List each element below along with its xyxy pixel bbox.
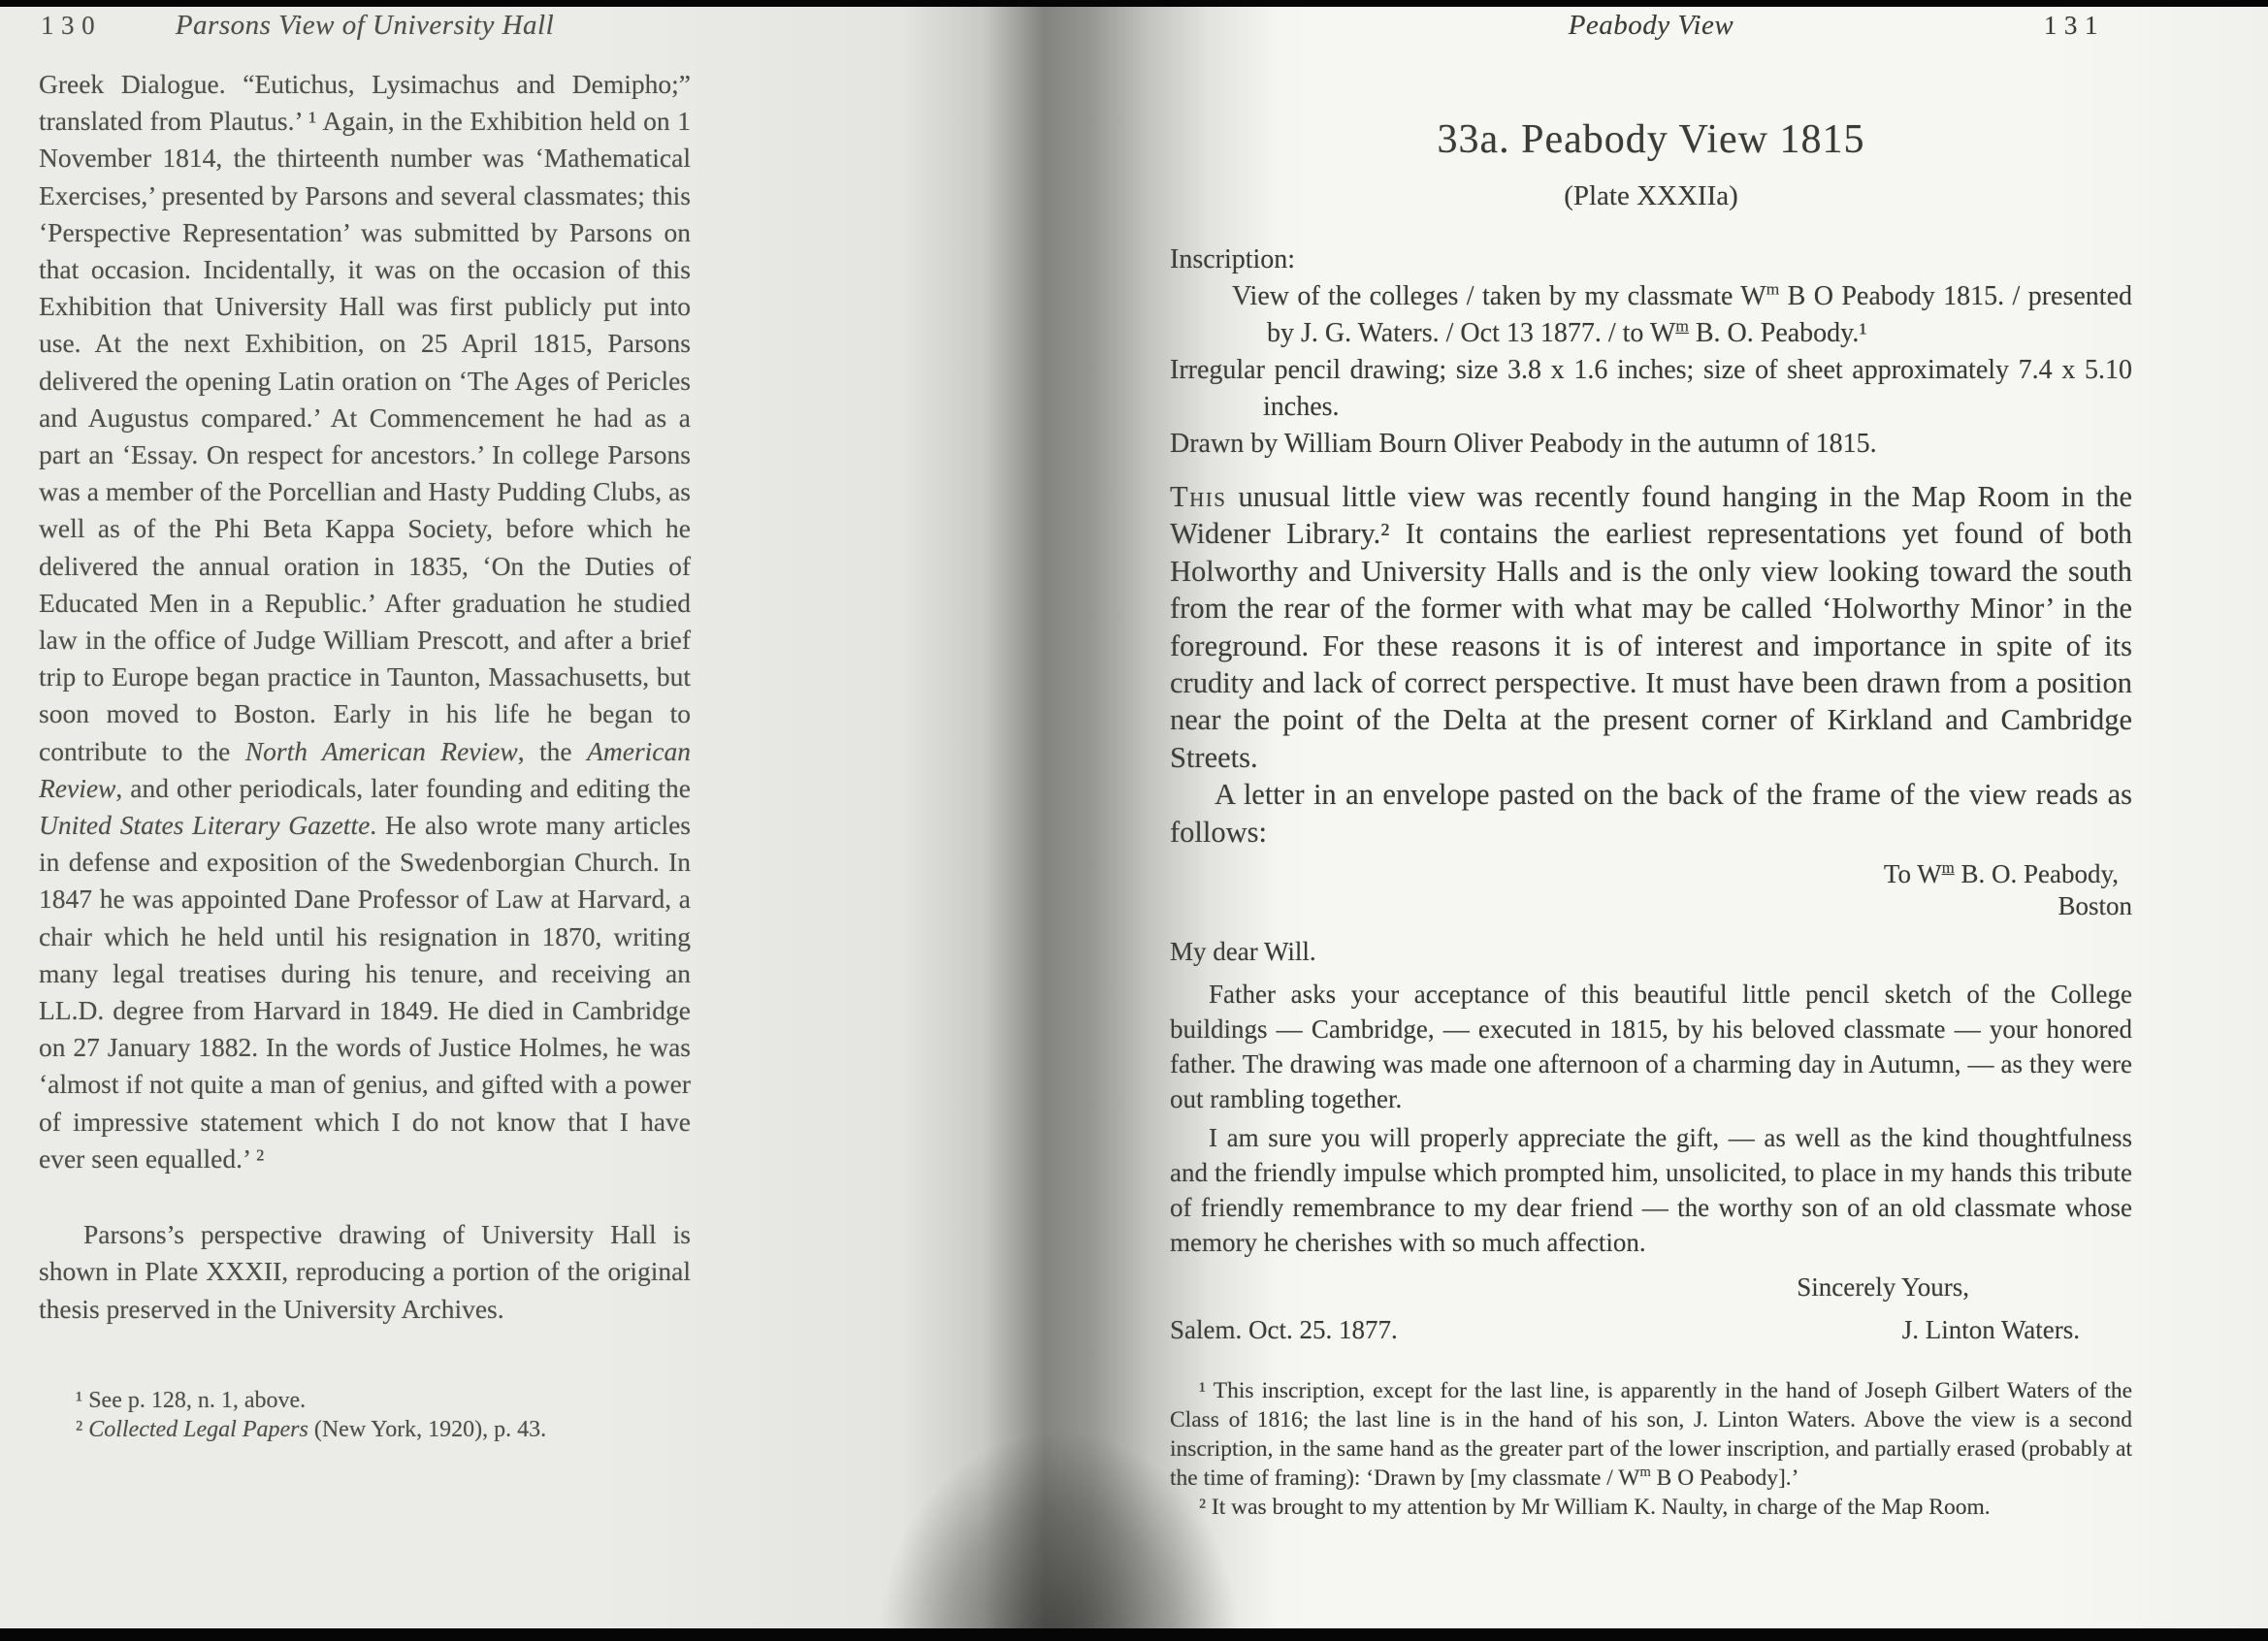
text-run: , the — [518, 736, 587, 766]
text-run: To W — [1884, 859, 1942, 888]
text-run: ² — [76, 1417, 88, 1442]
footnote: ¹ See p. 128, n. 1, above. — [39, 1386, 691, 1415]
paragraph: This unusual little view was recently fo… — [1170, 478, 2132, 776]
text-run: B. O. Peabody, — [1955, 859, 2119, 888]
text-run: m — [1766, 280, 1780, 299]
text-run: I am sure you will properly appreciate t… — [1170, 1123, 2132, 1257]
letter-paragraphs: Father asks your acceptance of this beau… — [1170, 977, 2132, 1260]
text-run: ² It was brought to my attention by Mr W… — [1199, 1495, 1991, 1520]
left-running-head: Parsons View of University Hall — [39, 10, 691, 42]
text-run: B. O. Peabody.¹ — [1689, 318, 1867, 348]
text-run: B O Peabody].’ — [1651, 1465, 1799, 1491]
catalog-entries: Inscription:View of the colleges / taken… — [1170, 241, 2132, 463]
footnote: ² It was brought to my attention by Mr W… — [1170, 1493, 2132, 1522]
text-run: m — [1675, 317, 1689, 336]
footnote: ¹ This inscription, except for the last … — [1170, 1376, 2132, 1493]
letter-paragraph: I am sure you will properly appreciate t… — [1170, 1120, 2132, 1260]
letter-salutation: My dear Will. — [1170, 934, 2132, 969]
catalog-entry: View of the colleges / taken by my class… — [1170, 278, 2132, 352]
paragraph: A letter in an envelope pasted on the ba… — [1170, 776, 2132, 851]
text-run: Drawn by William Bourn Oliver Peabody in… — [1170, 429, 1877, 459]
text-run: unusual little view was recently found h… — [1170, 480, 2132, 774]
letter-address-line: Boston — [1170, 890, 2132, 922]
text-run: This — [1170, 480, 1226, 513]
text-run: A letter in an envelope pasted on the ba… — [1170, 778, 2132, 848]
italic-text: United States Literary Gazette — [39, 810, 370, 840]
letter-block: To Wm B. O. Peabody, Boston My dear Will… — [1170, 858, 2132, 1347]
left-page-text: Greek Dialogue. “Eutichus, Lysimachus an… — [39, 66, 691, 1328]
text-run: Inscription: — [1170, 244, 1295, 274]
text-run: View of the colleges / taken by my class… — [1232, 281, 1766, 311]
right-page-number: 131 — [2044, 11, 2105, 41]
text-run: . He also wrote many articles in defense… — [39, 810, 691, 1174]
entry-title: 33a. Peabody View 1815 — [1170, 116, 2132, 163]
right-running-head: Peabody View — [1170, 10, 2132, 42]
text-run: Parsons’s perspective drawing of Univers… — [39, 1219, 691, 1323]
italic-text: Collected Legal Papers — [88, 1417, 308, 1442]
text-run: Greek Dialogue. “Eutichus, Lysimachus an… — [39, 69, 691, 766]
catalog-entry: Irregular pencil drawing; size 3.8 x 1.6… — [1170, 352, 2132, 426]
right-page: Peabody View 131 33a. Peabody View 1815 … — [1170, 0, 2132, 1522]
text-run: , and other periodicals, later founding … — [115, 773, 691, 803]
text-run: m — [1639, 1464, 1650, 1480]
left-page: 130 Parsons View of University Hall Gree… — [39, 0, 691, 1444]
paragraph: Parsons’s perspective drawing of Univers… — [39, 1216, 691, 1328]
scan-edge-bottom — [0, 1628, 2268, 1641]
letter-address-line: To Wm B. O. Peabody, — [1170, 858, 2132, 890]
text-run: Irregular pencil drawing; size 3.8 x 1.6… — [1170, 355, 2132, 422]
paragraph: Greek Dialogue. “Eutichus, Lysimachus an… — [39, 66, 691, 1177]
right-page-header: Peabody View 131 — [1170, 10, 2132, 45]
text-run: Father asks your acceptance of this beau… — [1170, 980, 2132, 1113]
letter-paragraph: Father asks your acceptance of this beau… — [1170, 977, 2132, 1116]
book-scan: 130 Parsons View of University Hall Gree… — [0, 0, 2268, 1641]
text-run: (New York, 1920), p. 43. — [308, 1417, 546, 1442]
footnote: ² Collected Legal Papers (New York, 1920… — [39, 1415, 691, 1444]
left-page-header: 130 Parsons View of University Hall — [39, 10, 691, 45]
text-run: m — [1942, 858, 1955, 877]
letter-signature-row: Salem. Oct. 25. 1877. J. Linton Waters. — [1170, 1312, 2132, 1347]
letter-place-date: Salem. Oct. 25. 1877. — [1170, 1312, 1398, 1347]
italic-text: North American Review — [245, 736, 518, 766]
letter-closing: Sincerely Yours, — [1170, 1270, 2132, 1304]
text-run: ¹ See p. 128, n. 1, above. — [76, 1388, 306, 1413]
right-page-footnotes: ¹ This inscription, except for the last … — [1170, 1376, 2132, 1522]
main-text: This unusual little view was recently fo… — [1170, 478, 2132, 851]
catalog-entry: Inscription: — [1170, 241, 2132, 278]
plate-reference: (Plate XXXIIa) — [1170, 180, 2132, 212]
catalog-entry: Drawn by William Bourn Oliver Peabody in… — [1170, 426, 2132, 463]
left-page-footnotes: ¹ See p. 128, n. 1, above.² Collected Le… — [39, 1386, 691, 1444]
letter-signature: J. Linton Waters. — [1902, 1312, 2080, 1347]
letter-address: To Wm B. O. Peabody, Boston — [1170, 858, 2132, 922]
